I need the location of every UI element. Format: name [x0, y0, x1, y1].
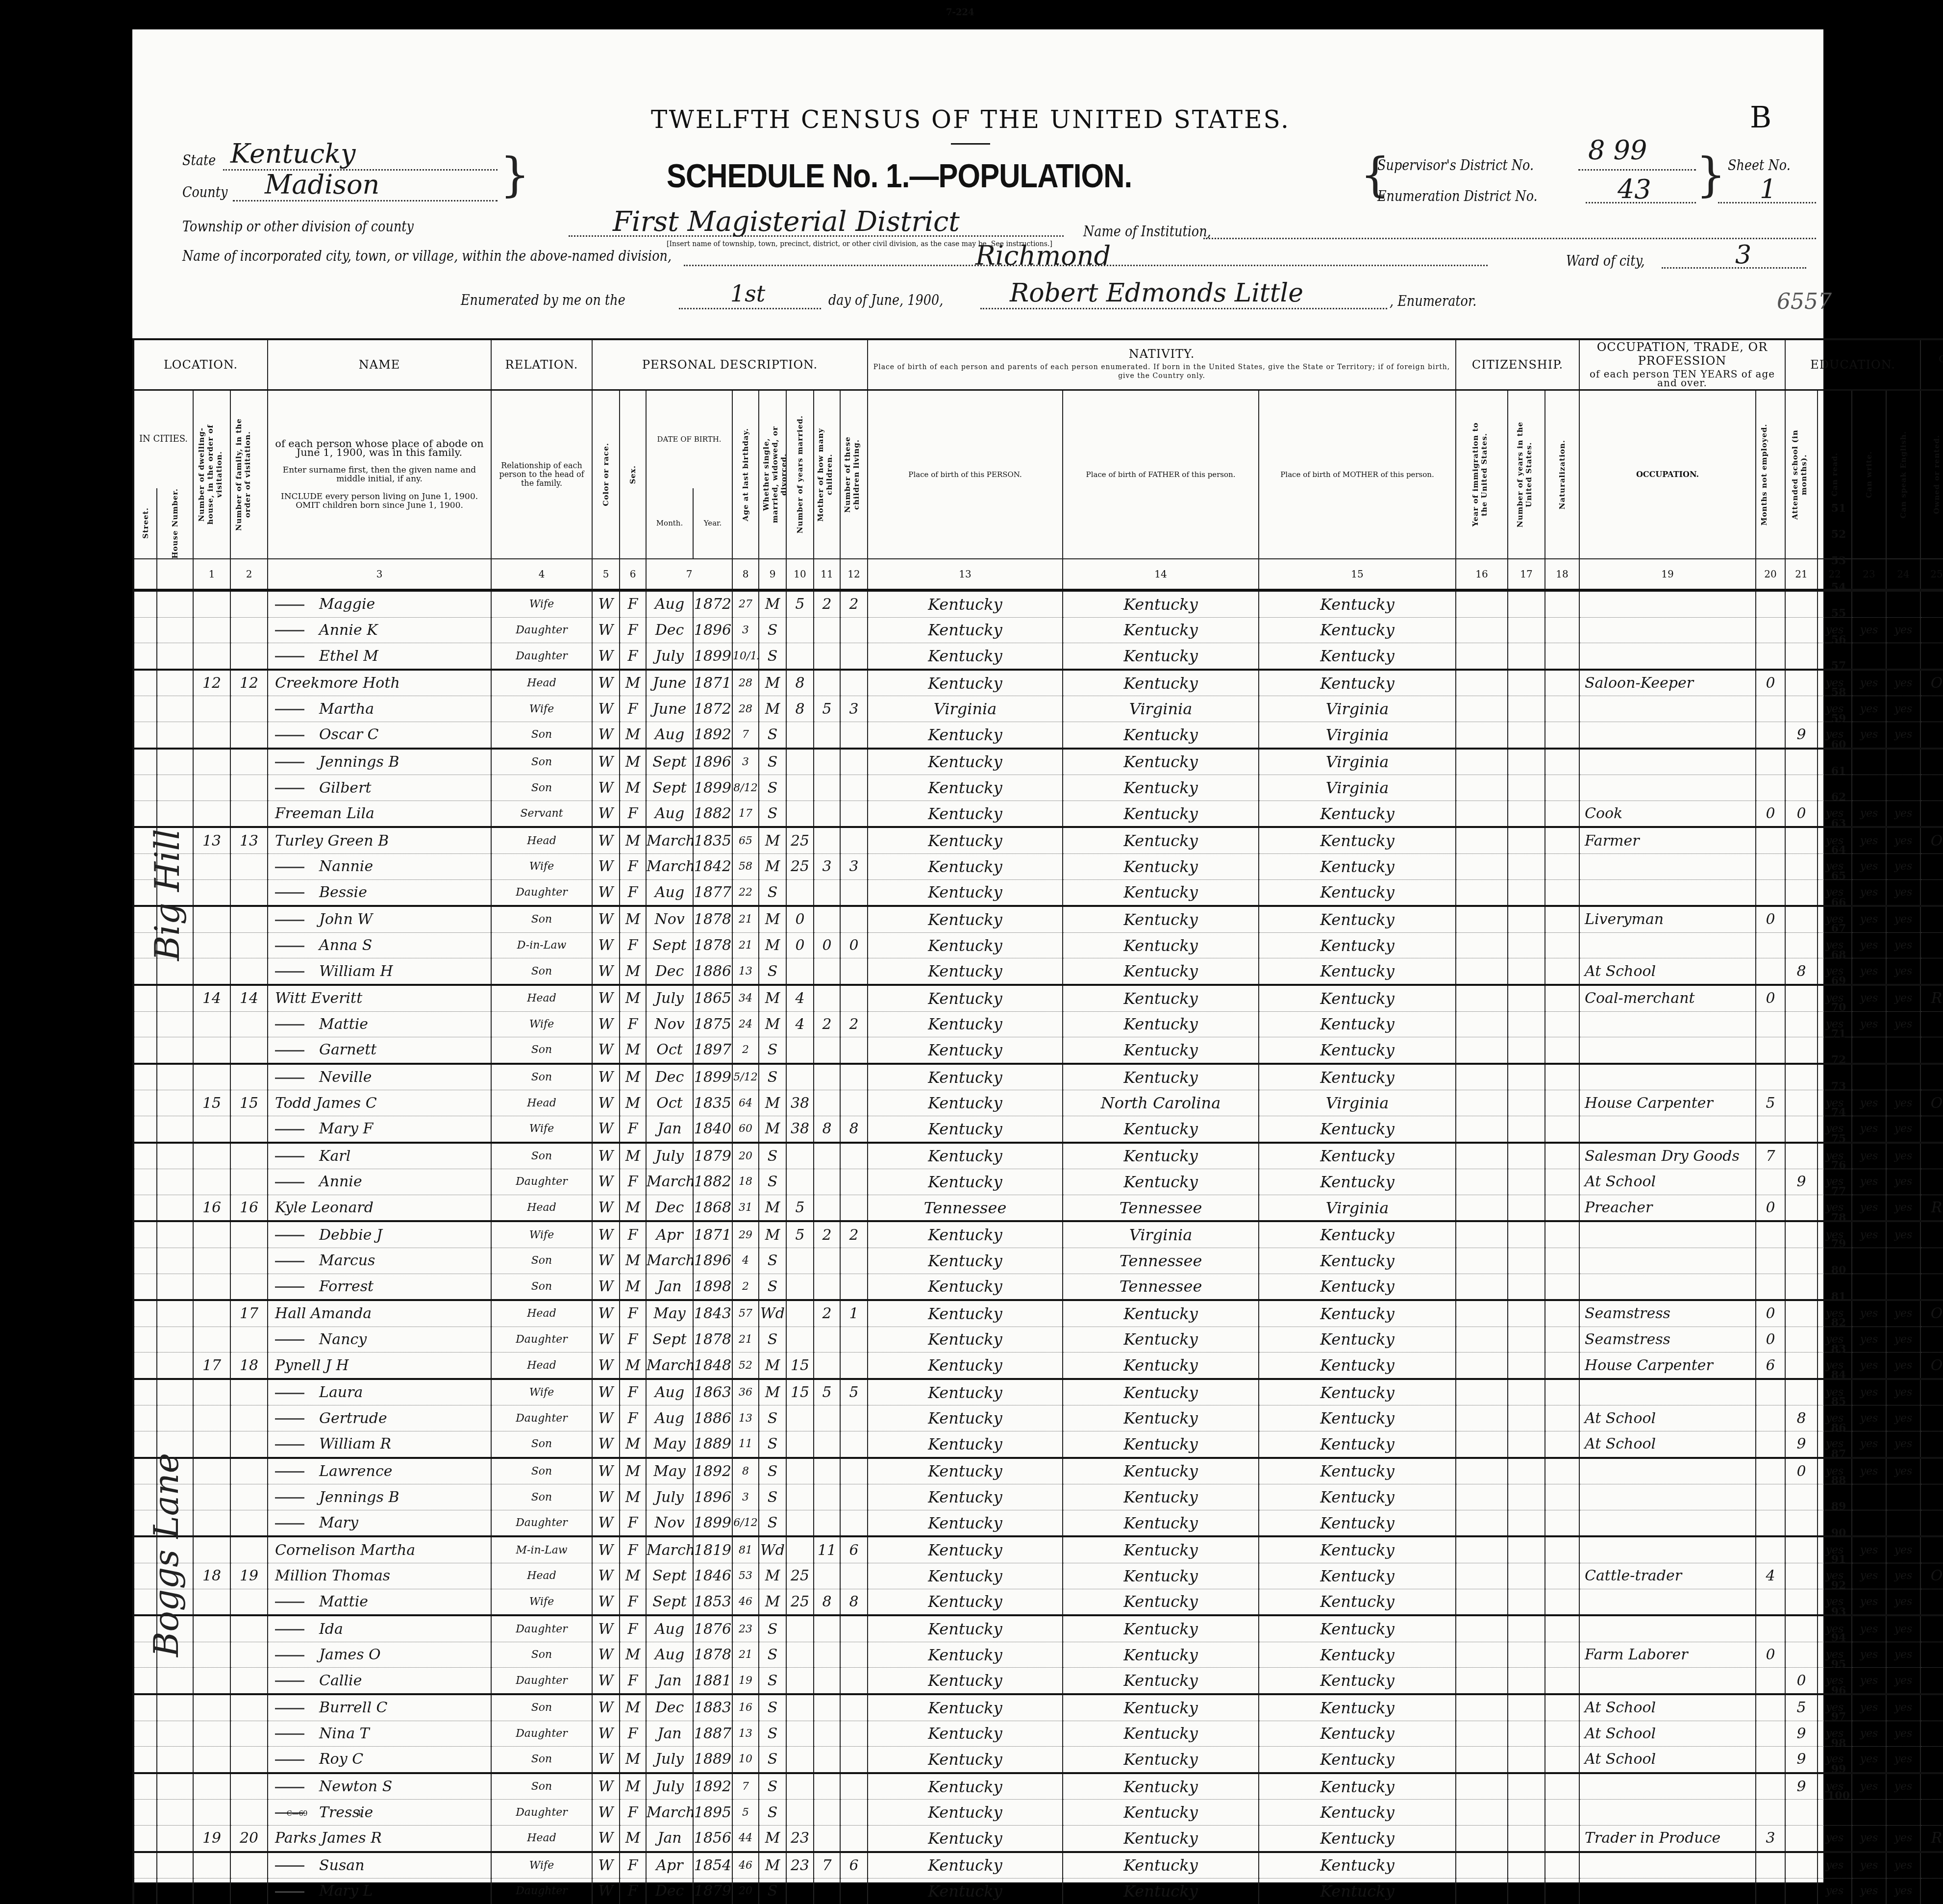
age: 31: [732, 1195, 759, 1221]
family-number: [230, 1221, 268, 1248]
empty-cell: [157, 1248, 193, 1274]
children-living: [840, 1615, 868, 1642]
color: W: [592, 1037, 620, 1064]
age: 13: [732, 1405, 759, 1431]
birth-year: 1887: [693, 1721, 732, 1747]
can-speak: yes: [1886, 1773, 1920, 1800]
months-unemployed: 6: [1756, 1353, 1785, 1379]
ditto-dash: [275, 1050, 304, 1052]
age: 29: [732, 1221, 759, 1248]
given-name: Marcus: [319, 1252, 375, 1269]
empty-cell: [1545, 906, 1579, 932]
empty-cell: [1545, 617, 1579, 643]
line-number: 98: [1826, 1730, 1851, 1756]
mother-of-children: [814, 1879, 840, 1904]
family-number: [230, 590, 268, 617]
dwelling-number: [193, 1221, 230, 1248]
sex: F: [620, 1536, 646, 1563]
sex: F: [620, 1011, 646, 1037]
owned-rented: [1920, 722, 1943, 749]
column-number: 11: [814, 559, 840, 590]
school-months: [1785, 1221, 1818, 1248]
empty-cell: [1545, 1484, 1579, 1510]
birthplace-father: Kentucky: [1063, 1825, 1259, 1852]
school-months: 8: [1785, 1405, 1818, 1431]
can-speak: yes: [1886, 1300, 1920, 1327]
children-living: 3: [840, 854, 868, 880]
months-unemployed: [1756, 1458, 1785, 1484]
children-living: [840, 643, 868, 670]
birthplace-mother: Kentucky: [1259, 1143, 1456, 1169]
relation: Son: [491, 906, 592, 932]
can-speak: yes: [1886, 1589, 1920, 1615]
birthplace-mother: Kentucky: [1259, 1747, 1456, 1773]
children-living: [840, 1458, 868, 1484]
birth-year: 1896: [693, 1248, 732, 1274]
given-name: Roy C: [319, 1751, 363, 1768]
sex: F: [620, 1852, 646, 1879]
birthplace-person: Kentucky: [868, 1668, 1063, 1694]
dwelling-number: [193, 775, 230, 801]
years-married: [786, 1248, 814, 1274]
supervisor-district: 8 99: [1588, 135, 1647, 166]
surname: Creekmore: [275, 675, 358, 692]
mother-of-children: [814, 1037, 840, 1064]
months-unemployed: [1756, 1668, 1785, 1694]
children-living: [840, 801, 868, 827]
empty-cell: [1508, 1274, 1545, 1300]
age: 18: [732, 1169, 759, 1195]
occupation: At School: [1579, 958, 1756, 985]
birth-month: June: [646, 670, 693, 696]
can-write: yes: [1852, 854, 1886, 880]
color: W: [592, 643, 620, 670]
birthplace-person: Kentucky: [868, 775, 1063, 801]
family-number: [230, 906, 268, 932]
person-name: Mattie: [268, 1589, 491, 1615]
months-unemployed: 0: [1756, 1642, 1785, 1668]
age: 27: [732, 590, 759, 617]
color: W: [592, 985, 620, 1011]
children-living: 8: [840, 1116, 868, 1142]
occupation: Seamstress: [1579, 1300, 1756, 1327]
birthplace-person: Kentucky: [868, 1221, 1063, 1248]
can-speak: yes: [1886, 1879, 1920, 1904]
given-name: Annie K: [319, 622, 378, 639]
can-write: yes: [1852, 1327, 1886, 1353]
empty-cell: [1545, 854, 1579, 880]
birthplace-father: Kentucky: [1063, 1642, 1259, 1668]
birthplace-father: Kentucky: [1063, 617, 1259, 643]
birth-year: 1835: [693, 1090, 732, 1116]
marital-status: S: [759, 879, 786, 906]
birthplace-person: Kentucky: [868, 906, 1063, 932]
can-speak: yes: [1886, 985, 1920, 1011]
empty-cell: [1508, 1642, 1545, 1668]
empty-cell: [133, 1090, 157, 1116]
occupation: [1579, 1484, 1756, 1510]
surname: Pynell: [275, 1357, 321, 1374]
school-months: 0: [1785, 801, 1818, 827]
marital-status: S: [759, 1037, 786, 1064]
relation: Head: [491, 827, 592, 853]
empty-cell: [133, 1195, 157, 1221]
in-cities-label: IN CITIES.: [133, 390, 193, 488]
given-name: Leonard: [311, 1199, 374, 1216]
age: 20: [732, 1879, 759, 1904]
person-name: Mary L: [268, 1879, 491, 1904]
sex: M: [620, 1825, 646, 1852]
county-label: County: [182, 184, 227, 201]
column-number: 25: [1920, 559, 1943, 590]
empty-cell: [157, 1694, 193, 1721]
children-living: [840, 827, 868, 853]
age: 3: [732, 617, 759, 643]
marital-status: S: [759, 1721, 786, 1747]
birth-month: Jan: [646, 1274, 693, 1300]
months-unemployed: [1756, 1721, 1785, 1747]
years-married: 0: [786, 932, 814, 958]
children-living: [840, 1563, 868, 1589]
occupation: Farm Laborer: [1579, 1642, 1756, 1668]
population-table: LOCATION. NAME RELATION. PERSONAL DESCRI…: [132, 338, 1943, 1904]
can-speak: yes: [1886, 958, 1920, 985]
relation: Son: [491, 1143, 592, 1169]
dwelling-number: [193, 1721, 230, 1747]
can-speak: yes: [1886, 1747, 1920, 1773]
table-row: NannieWifeWFMarch184258M2533KentuckyKent…: [133, 854, 1943, 880]
family-number: [230, 749, 268, 775]
birthplace-father: Kentucky: [1063, 1458, 1259, 1484]
empty-cell: [157, 590, 193, 617]
occupation: Coal-merchant: [1579, 985, 1756, 1011]
enumeration-district: 43: [1618, 174, 1651, 205]
birth-month: Sept: [646, 1327, 693, 1353]
sex: F: [620, 932, 646, 958]
birthplace-person: Kentucky: [868, 1747, 1063, 1773]
relation: Daughter: [491, 1615, 592, 1642]
months-unemployed: 5: [1756, 1090, 1785, 1116]
person-name: Roy C: [268, 1747, 491, 1773]
column-number: 24: [1886, 559, 1920, 590]
owned-rented: [1920, 1800, 1943, 1826]
empty-cell: [1456, 801, 1508, 827]
brace-left: }: [500, 147, 530, 202]
empty-cell: [1545, 827, 1579, 853]
ditto-dash: [275, 762, 304, 763]
empty-cell: [1545, 1248, 1579, 1274]
school-months: [1785, 1011, 1818, 1037]
relation: Son: [491, 1431, 592, 1458]
dwelling-number: [193, 1143, 230, 1169]
mother-of-children: [814, 775, 840, 801]
given-name: Gilbert: [319, 779, 372, 797]
children-living: [840, 1484, 868, 1510]
group-nativity: NATIVITY. Place of birth of each person …: [868, 339, 1456, 390]
birth-month: Nov: [646, 906, 693, 932]
occupation: [1579, 590, 1756, 617]
dwelling-number: [193, 696, 230, 722]
age: 10/12: [732, 643, 759, 670]
birthplace-person: Kentucky: [868, 801, 1063, 827]
school-months: [1785, 1274, 1818, 1300]
sex: F: [620, 1668, 646, 1694]
birth-month: Aug: [646, 590, 693, 617]
person-name: Creekmore Hoth: [268, 670, 491, 696]
years-married: [786, 1747, 814, 1773]
school-months: 0: [1785, 1668, 1818, 1694]
relation: Son: [491, 749, 592, 775]
empty-cell: [1456, 590, 1508, 617]
birthplace-father: Kentucky: [1063, 1064, 1259, 1090]
empty-cell: [1545, 1879, 1579, 1904]
owned-rented: R: [1920, 985, 1943, 1011]
years-married: [786, 1274, 814, 1300]
line-number: 74: [1826, 1100, 1851, 1126]
birth-year: 1878: [693, 1327, 732, 1353]
table-row: 1414Witt EverittHeadWMJuly186534M4Kentuc…: [133, 985, 1943, 1011]
occupation: [1579, 775, 1756, 801]
birth-year: 1889: [693, 1747, 732, 1773]
mother-of-children: 7: [814, 1852, 840, 1879]
birthplace-person: Kentucky: [868, 1090, 1063, 1116]
person-name: Marcus: [268, 1248, 491, 1274]
years-married: [786, 1615, 814, 1642]
family-number: [230, 932, 268, 958]
school-months: [1785, 1248, 1818, 1274]
relation: Wife: [491, 1011, 592, 1037]
occupation: [1579, 1773, 1756, 1800]
owned-rented: [1920, 1668, 1943, 1694]
dwelling-number: [193, 1327, 230, 1353]
birthplace-mother: Kentucky: [1259, 1642, 1456, 1668]
sheet-label: Sheet No.: [1728, 157, 1791, 174]
mother-of-children: [814, 643, 840, 670]
person-name: Nancy: [268, 1327, 491, 1353]
age: 52: [732, 1353, 759, 1379]
empty-cell: [157, 1116, 193, 1142]
line-number: 61: [1826, 758, 1851, 784]
table-row: 17Hall AmandaHeadWFMay184357Wd21Kentucky…: [133, 1300, 1943, 1327]
birthplace-mother: Kentucky: [1259, 1064, 1456, 1090]
family-number: [230, 879, 268, 906]
relation: Wife: [491, 1852, 592, 1879]
children-living: [840, 1668, 868, 1694]
months-unemployed: [1756, 1484, 1785, 1510]
ditto-dash: [275, 788, 304, 789]
dwelling-number: [193, 1800, 230, 1826]
empty-cell: [133, 1116, 157, 1142]
marital-status: S: [759, 722, 786, 749]
dwelling-number: [193, 1642, 230, 1668]
mother-of-children: [814, 1825, 840, 1852]
color: W: [592, 1668, 620, 1694]
table-row: Newton SSonWMJuly18927SKentuckyKentuckyK…: [133, 1773, 1943, 1800]
occupation: House Carpenter: [1579, 1353, 1756, 1379]
sheet-number: 1: [1760, 174, 1776, 205]
months-unemployed: [1756, 879, 1785, 906]
family-number: [230, 1852, 268, 1879]
person-name: Nina T: [268, 1721, 491, 1747]
years-married: 5: [786, 1221, 814, 1248]
color: W: [592, 1773, 620, 1800]
can-write: yes: [1852, 1642, 1886, 1668]
owned-rented: [1920, 1037, 1943, 1064]
stamp-number: 6557: [1777, 289, 1832, 314]
can-write: yes: [1852, 906, 1886, 932]
school-months: [1785, 827, 1818, 853]
ditto-dash: [275, 656, 304, 657]
city-value: Richmond: [975, 240, 1111, 271]
birth-year: 1853: [693, 1589, 732, 1615]
occupation: [1579, 1116, 1756, 1142]
birthplace-mother: Kentucky: [1259, 1274, 1456, 1300]
years-married: [786, 958, 814, 985]
empty-cell: [157, 1879, 193, 1904]
given-name: William H: [319, 963, 393, 980]
can-write: yes: [1852, 958, 1886, 985]
dwelling-number: [193, 1879, 230, 1904]
marital-status: M: [759, 1090, 786, 1116]
birthplace-father: Kentucky: [1063, 722, 1259, 749]
empty-cell: [1508, 749, 1545, 775]
can-write: yes: [1852, 1879, 1886, 1904]
birthplace-mother: Kentucky: [1259, 1510, 1456, 1536]
empty-cell: [1508, 1090, 1545, 1116]
age: 23: [732, 1615, 759, 1642]
relation: Daughter: [491, 1879, 592, 1904]
ditto-dash: [275, 1418, 304, 1420]
table-row: 1616Kyle LeonardHeadWMDec186831M5Tenness…: [133, 1195, 1943, 1221]
given-name: Callie: [319, 1672, 362, 1689]
empty-cell: [133, 1327, 157, 1353]
owned-rented: [1920, 1773, 1943, 1800]
person-name: Jennings B: [268, 749, 491, 775]
birth-month: Apr: [646, 1852, 693, 1879]
marital-status: S: [759, 775, 786, 801]
empty-cell: [1508, 1484, 1545, 1510]
dwelling-number: 14: [193, 985, 230, 1011]
col-month: Month.: [646, 488, 693, 559]
dwelling-number: [193, 1773, 230, 1800]
col-year: Year.: [693, 488, 732, 559]
occupation: [1579, 1589, 1756, 1615]
years-married: [786, 1484, 814, 1510]
can-speak: yes: [1886, 879, 1920, 906]
years-married: 15: [786, 1353, 814, 1379]
children-living: [840, 1064, 868, 1090]
can-write: [1852, 1484, 1886, 1510]
birthplace-person: Kentucky: [868, 643, 1063, 670]
occupation: At School: [1579, 1431, 1756, 1458]
birth-month: Sept: [646, 775, 693, 801]
group-personal: PERSONAL DESCRIPTION.: [592, 339, 868, 390]
mother-of-children: 0: [814, 932, 840, 958]
birthplace-father: Kentucky: [1063, 1536, 1259, 1563]
can-speak: [1886, 1064, 1920, 1090]
birthplace-mother: Kentucky: [1259, 1300, 1456, 1327]
ditto-dash: [275, 1129, 304, 1130]
sex: F: [620, 801, 646, 827]
dwelling-number: [193, 643, 230, 670]
birthplace-father: Kentucky: [1063, 1747, 1259, 1773]
title-ornament: [951, 143, 990, 145]
col-birth-father: Place of birth of FATHER of this person.: [1063, 390, 1259, 559]
can-speak: yes: [1886, 1615, 1920, 1642]
owned-rented: [1920, 1116, 1943, 1142]
ditto-dash: [275, 1156, 304, 1157]
birth-year: 1854: [693, 1852, 732, 1879]
school-months: 9: [1785, 1431, 1818, 1458]
color: W: [592, 906, 620, 932]
sex: F: [620, 1116, 646, 1142]
sex: M: [620, 985, 646, 1011]
empty-cell: [1545, 1589, 1579, 1615]
group-ownership: OWNERSHIP OF HOME.: [1920, 339, 1943, 390]
years-married: 15: [786, 1379, 814, 1405]
mother-of-children: [814, 1563, 840, 1589]
ditto-dash: [275, 1235, 304, 1236]
birthplace-mother: Kentucky: [1259, 1825, 1456, 1852]
children-living: [840, 906, 868, 932]
age: 3: [732, 1484, 759, 1510]
mother-of-children: [814, 1248, 840, 1274]
birthplace-mother: Kentucky: [1259, 1353, 1456, 1379]
mother-of-children: [814, 1274, 840, 1300]
color: W: [592, 1379, 620, 1405]
birthplace-father: Kentucky: [1063, 1405, 1259, 1431]
school-months: [1785, 1064, 1818, 1090]
mother-of-children: [814, 879, 840, 906]
person-name: Laura: [268, 1379, 491, 1405]
can-speak: [1886, 1037, 1920, 1064]
col-mother-of: Mother of how many children.: [816, 418, 838, 531]
birthplace-person: Kentucky: [868, 1852, 1063, 1879]
given-name: Mattie: [319, 1016, 368, 1033]
occupation: [1579, 1800, 1756, 1826]
can-speak: yes: [1886, 906, 1920, 932]
empty-cell: [1456, 1721, 1508, 1747]
color: W: [592, 1248, 620, 1274]
line-number: 71: [1826, 1021, 1851, 1047]
color: W: [592, 1405, 620, 1431]
family-number: [230, 617, 268, 643]
group-relation: RELATION.: [491, 339, 592, 390]
birthplace-father: Virginia: [1063, 1221, 1259, 1248]
empty-cell: [1508, 670, 1545, 696]
family-number: [230, 1484, 268, 1510]
color: W: [592, 1852, 620, 1879]
enumerator-label: , Enumerator.: [1390, 293, 1476, 310]
family-number: 17: [230, 1300, 268, 1327]
dwelling-number: [193, 906, 230, 932]
empty-cell: [1456, 722, 1508, 749]
owned-rented: [1920, 775, 1943, 801]
birthplace-person: Kentucky: [868, 932, 1063, 958]
mother-of-children: 2: [814, 1300, 840, 1327]
can-write: [1852, 590, 1886, 617]
line-number: 62: [1826, 784, 1851, 811]
can-write: [1852, 775, 1886, 801]
birthplace-father: Kentucky: [1063, 1327, 1259, 1353]
years-married: 8: [786, 670, 814, 696]
empty-cell: [1508, 1431, 1545, 1458]
birth-year: 1840: [693, 1116, 732, 1142]
given-name: Karl: [319, 1148, 350, 1165]
relation: Daughter: [491, 1405, 592, 1431]
can-speak: yes: [1886, 617, 1920, 643]
children-living: [840, 1248, 868, 1274]
